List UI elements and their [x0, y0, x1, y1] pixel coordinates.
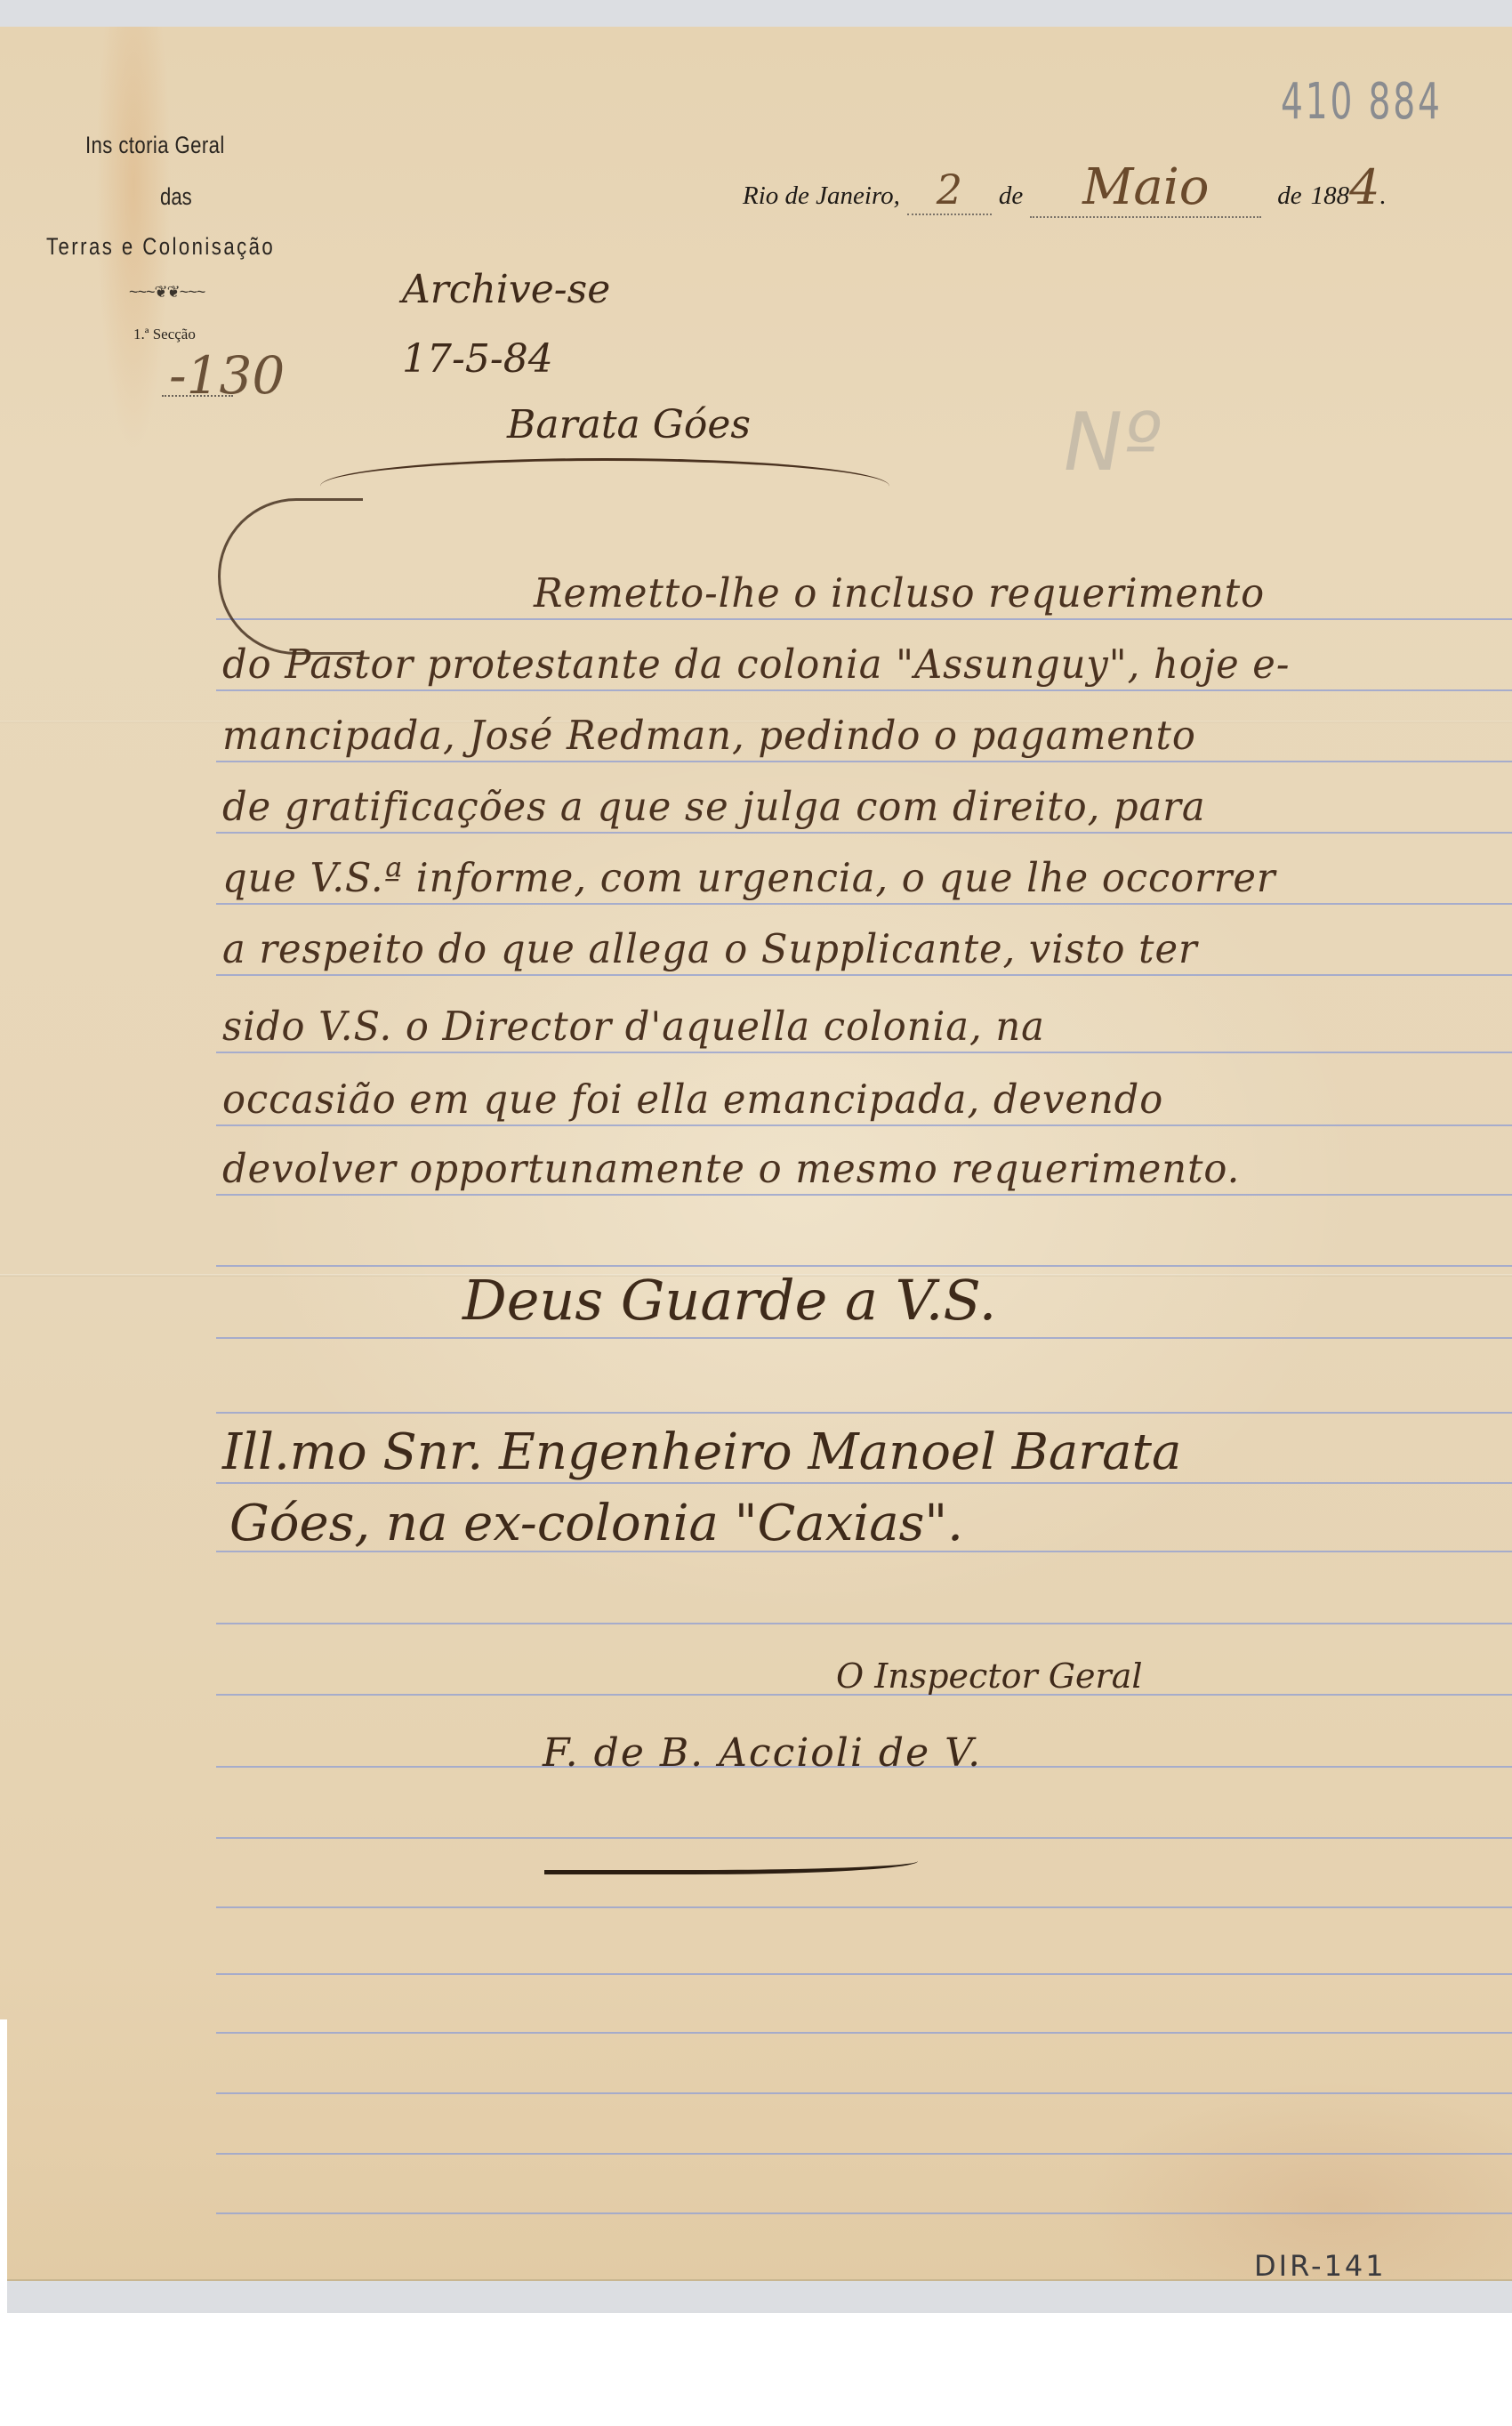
- signatory-name: F. de B. Accioli de V.: [543, 1730, 982, 1776]
- date-year-handwritten: 4: [1349, 159, 1379, 215]
- date-month: Maio: [1082, 158, 1209, 216]
- date-de: de: [1277, 181, 1301, 211]
- ruled-line: [216, 689, 1512, 691]
- ruled-line: [216, 618, 1512, 620]
- addressee-line: Ill.mo Snr. Engenheiro Manoel Barata: [222, 1423, 1181, 1481]
- body-line: Remetto-lhe o incluso requerimento: [534, 569, 1265, 617]
- date-period: .: [1380, 181, 1387, 211]
- ruled-line: [216, 1337, 1512, 1339]
- ruled-line: [216, 761, 1512, 762]
- marginal-note-date: 17-5-84: [402, 336, 553, 382]
- addressee-line: Góes, na ex-colonia "Caxias".: [229, 1495, 963, 1552]
- body-line: occasião em que foi ella emancipada, dev…: [222, 1076, 1163, 1123]
- date-place: Rio de Janeiro,: [743, 181, 900, 211]
- section-label: 1.ª Secção: [133, 326, 196, 343]
- body-line: mancipada, José Redman, pedindo o pagame…: [222, 712, 1196, 759]
- ruled-line: [216, 1412, 1512, 1414]
- section-dotted-line: [162, 395, 233, 397]
- body-line: que V.S.ª informe, com urgencia, o que l…: [222, 854, 1275, 901]
- pencil-reference-number: 410 884: [1281, 73, 1443, 131]
- underline-flourish: [320, 458, 889, 514]
- ruled-line: [216, 1124, 1512, 1126]
- ornament-divider-icon: ~~~❦❦~~~: [129, 283, 205, 302]
- date-day: 2: [937, 165, 962, 214]
- ruled-line: [216, 2092, 1512, 2094]
- ruled-line: [216, 2212, 1512, 2214]
- marginal-note-line: Archive-se: [402, 267, 610, 312]
- ruled-line: [216, 2153, 1512, 2155]
- ruled-line: [216, 903, 1512, 905]
- ruled-line: [216, 1265, 1512, 1267]
- date-de: de: [999, 181, 1023, 211]
- ruled-line: [216, 2032, 1512, 2034]
- initial-flourish: [218, 498, 363, 655]
- ruled-line: [216, 1973, 1512, 1975]
- ruled-line: [216, 1482, 1512, 1484]
- date-month-field: Maio: [1030, 158, 1261, 218]
- date-year-printed: 188: [1311, 181, 1350, 211]
- closing-salutation: Deus Guarde a V.S.: [462, 1268, 996, 1333]
- ruled-line: [216, 974, 1512, 976]
- archive-code: DIR-141: [1254, 2249, 1387, 2283]
- date-line: Rio de Janeiro, 2 de Maio de 188 4 .: [743, 158, 1387, 218]
- ruled-line: [216, 1194, 1512, 1196]
- date-day-field: 2: [907, 165, 992, 215]
- marginal-note-signature: Barata Góes: [507, 402, 751, 447]
- letterhead-subtitle: Terras e Colonisação: [46, 233, 275, 261]
- ruled-line: [216, 1052, 1512, 1053]
- ruled-line: [216, 832, 1512, 834]
- body-line: do Pastor protestante da colonia "Assung…: [222, 641, 1290, 688]
- ruled-line: [216, 1623, 1512, 1624]
- body-line: a respeito do que allega o Supplicante, …: [222, 925, 1198, 972]
- body-line: sido V.S. o Director d'aquella colonia, …: [222, 1003, 1045, 1050]
- ruled-line: [216, 1837, 1512, 1839]
- signatory-title: O Inspector Geral: [836, 1656, 1143, 1696]
- ruled-line: [216, 1906, 1512, 1908]
- body-line: de gratificações a que se julga com dire…: [222, 783, 1206, 830]
- letterhead-das: das: [160, 183, 192, 211]
- body-line: devolver opportunamente o mesmo requerim…: [222, 1145, 1240, 1192]
- faint-pencil-mark: Nº: [1055, 396, 1169, 489]
- paper-torn-edge: [0, 2019, 7, 2313]
- letterhead-title: Ins ctoria Geral: [85, 132, 225, 159]
